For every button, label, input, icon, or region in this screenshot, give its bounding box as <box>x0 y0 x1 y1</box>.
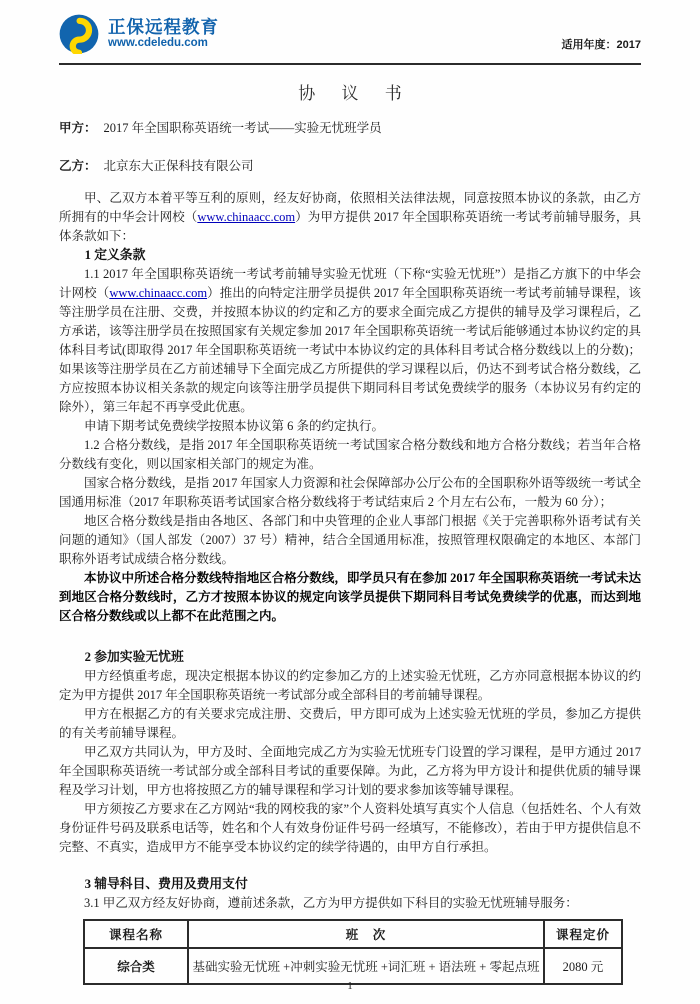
clause-1-2-paragraph: 1.2 合格分数线，是指 2017 年全国职称英语统一考试国家合格分数线和地方合… <box>59 436 641 474</box>
section-1-heading: 1 定义条款 <box>59 246 641 265</box>
clause-1-1-after: ）推出的向特定注册学员提供 2017 年全国职称英语统一考试考前辅导课程，该等注… <box>59 286 641 414</box>
brand-website: www.cdeledu.com <box>108 37 219 50</box>
party-a-row: 甲方：2017 年全国职称英语统一考试——实验无忧班学员 <box>59 119 641 138</box>
col-header-class-type: 班 次 <box>188 920 544 948</box>
party-b-value: 北京东大正保科技有限公司 <box>104 159 254 173</box>
col-header-course-price: 课程定价 <box>544 920 622 948</box>
section-2-paragraph: 甲方须按乙方要求在乙方网站“我的网校我的家”个人资料处填写真实个人信息（包括姓名… <box>59 800 641 857</box>
class-list-cell: 基础实验无忧班 +冲刺实验无忧班 +词汇班 + 语法班 + 零起点班 <box>188 948 544 984</box>
chinaacc-link[interactable]: www.chinaacc.com <box>109 286 207 300</box>
page-number: 1 <box>0 980 700 992</box>
national-passline-paragraph: 国家合格分数线，是指 2017 年国家人力资源和社会保障部办公厅公布的全国职称外… <box>59 474 641 512</box>
party-a-label: 甲方： <box>59 121 97 135</box>
party-b-row: 乙方：北京东大正保科技有限公司 <box>59 157 641 176</box>
brand-text: 正保远程教育 www.cdeledu.com <box>108 18 219 50</box>
course-table: 课程名称 班 次 课程定价 综合类 基础实验无忧班 +冲刺实验无忧班 +词汇班 … <box>83 919 623 985</box>
applicable-year-label: 适用年度：2017 <box>562 36 641 54</box>
col-header-course-name: 课程名称 <box>84 920 188 948</box>
agreement-page: 正保远程教育 www.cdeledu.com 适用年度：2017 协 议 书 甲… <box>0 0 700 1004</box>
course-table-header-row: 课程名称 班 次 课程定价 <box>84 920 622 948</box>
section-2-paragraph: 甲乙双方共同认为，甲方及时、全面地完成乙方为实验无忧班专门设置的学习课程，是甲方… <box>59 743 641 800</box>
section-2-heading: 2 参加实验无忧班 <box>59 648 641 667</box>
page-header: 正保远程教育 www.cdeledu.com 适用年度：2017 <box>59 14 641 65</box>
renewal-note-paragraph: 申请下期考试免费续学按照本协议第 6 条的约定执行。 <box>59 417 641 436</box>
intro-paragraph: 甲、乙双方本着平等互利的原则，经友好协商，依照相关法律法规，同意按照本协议的条款… <box>59 189 641 246</box>
course-category-cell: 综合类 <box>84 948 188 984</box>
section-2-paragraph: 甲方在根据乙方的有关要求完成注册、交费后，甲方即可成为上述实验无忧班的学员，参加… <box>59 705 641 743</box>
course-price-cell: 2080 元 <box>544 948 622 984</box>
brand-swirl-icon <box>59 14 99 54</box>
chinaacc-link[interactable]: www.chinaacc.com <box>197 210 295 224</box>
party-b-label: 乙方： <box>59 159 97 173</box>
document-title: 协 议 书 <box>59 79 641 104</box>
clause-3-1-paragraph: 3.1 甲乙双方经友好协商，遵前述条款，乙方为甲方提供如下科目的实验无忧班辅导服… <box>59 894 641 913</box>
party-a-value: 2017 年全国职称英语统一考试——实验无忧班学员 <box>104 121 382 135</box>
regional-passline-paragraph: 地区合格分数线是指由各地区、各部门和中央管理的企业人事部门根据《关于完善职称外语… <box>59 512 641 569</box>
table-row: 综合类 基础实验无忧班 +冲刺实验无忧班 +词汇班 + 语法班 + 零起点班 2… <box>84 948 622 984</box>
clause-1-1-paragraph: 1.1 2017 年全国职称英语统一考试考前辅导实验无忧班（下称“实验无忧班”）… <box>59 265 641 417</box>
brand-name: 正保远程教育 <box>108 18 219 38</box>
emphasis-paragraph: 本协议中所述合格分数线特指地区合格分数线，即学员只有在参加 2017 年全国职称… <box>59 569 641 626</box>
section-3-heading: 3 辅导科目、费用及费用支付 <box>59 875 641 894</box>
section-2-paragraph: 甲方经慎重考虑，现决定根据本协议的约定参加乙方的上述实验无忧班，乙方亦同意根据本… <box>59 667 641 705</box>
brand-block: 正保远程教育 www.cdeledu.com <box>59 14 219 54</box>
